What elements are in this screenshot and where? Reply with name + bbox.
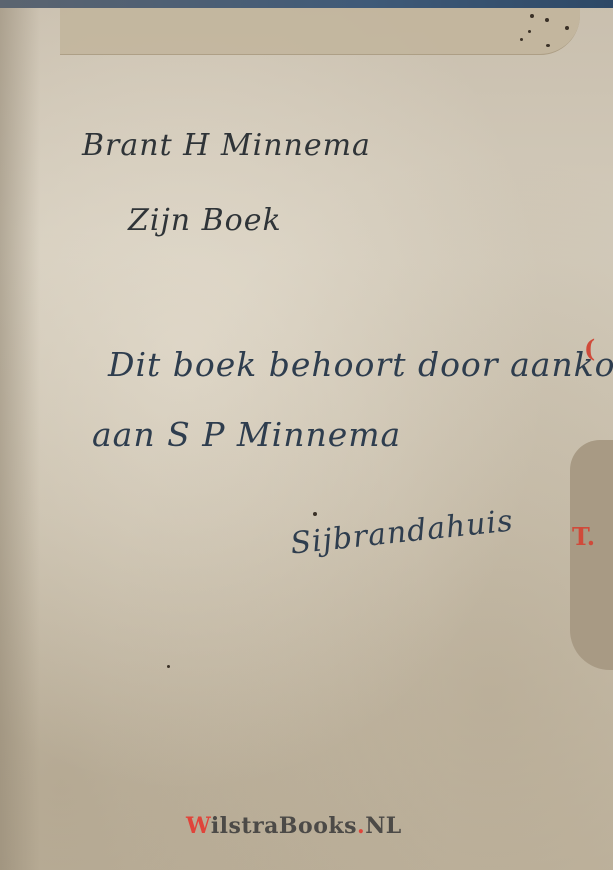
watermark-name: ilstraBooks <box>211 813 357 839</box>
background-strip <box>0 0 613 8</box>
foxing-spot <box>520 38 523 41</box>
torn-paper-patch <box>570 440 613 670</box>
watermark-dot: . <box>357 813 365 839</box>
watermark: WilstraBooks.NL <box>186 813 402 839</box>
owner-name-inscription: Brant H Minnema <box>82 128 371 163</box>
foxing-spot <box>167 665 170 668</box>
foxing-spot <box>545 18 549 22</box>
owner-book-inscription: Zijn Boek <box>128 203 282 238</box>
torn-flap <box>60 6 580 55</box>
signature: Sijbrandahuis <box>289 503 515 561</box>
foxing-spot <box>565 26 569 30</box>
foxing-spot <box>528 30 531 33</box>
foxing-spot <box>530 14 534 18</box>
foxing-spot <box>313 512 317 516</box>
red-stamp-letter: T. <box>572 522 595 551</box>
book-page: Brant H Minnema Zijn Boek Dit boek behoo… <box>0 0 613 870</box>
binding-edge <box>0 0 40 870</box>
watermark-initial: W <box>186 813 211 839</box>
red-stamp-fragment: ( <box>584 334 595 363</box>
ownership-line-2: aan S P Minnema <box>92 415 401 454</box>
watermark-suffix: NL <box>365 813 402 839</box>
ownership-line-1: Dit boek behoort door aankoo <box>108 345 613 384</box>
foxing-spot <box>546 44 550 47</box>
